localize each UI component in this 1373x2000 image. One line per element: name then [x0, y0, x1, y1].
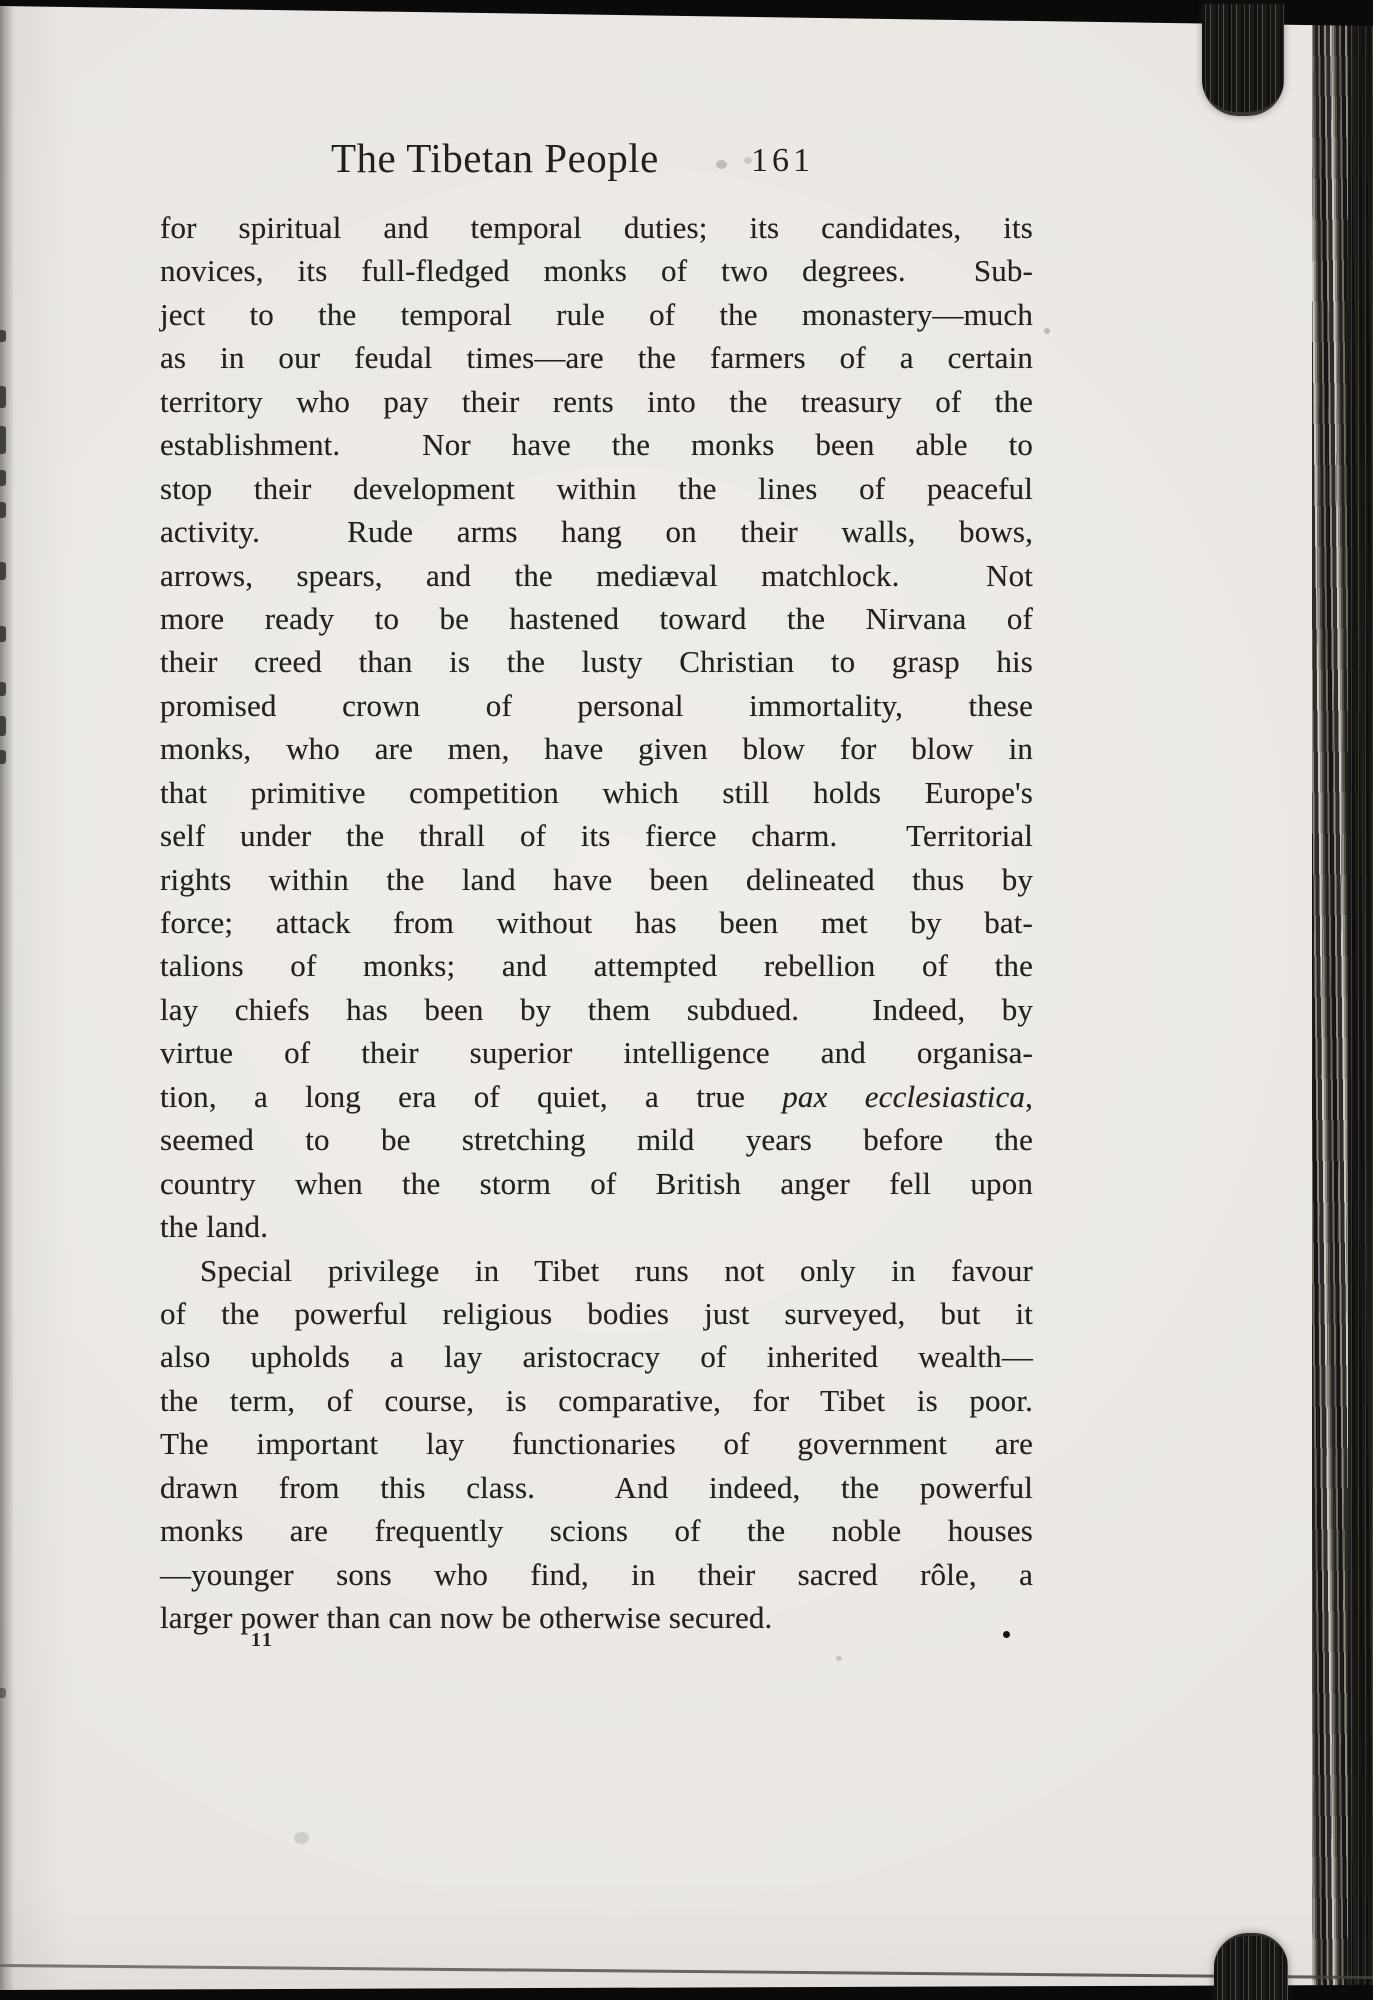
text-line: country when the storm of British anger … — [160, 1162, 1033, 1205]
text-line: rights within the land have been delinea… — [160, 858, 1033, 901]
text-line: drawn from this class. And indeed, the p… — [160, 1466, 1033, 1509]
text-line: of the powerful religious bodies just su… — [160, 1292, 1033, 1335]
smudge — [294, 1832, 309, 1844]
text-line: monks, who are men, have given blow for … — [160, 727, 1033, 770]
text-line: establishment. Nor have the monks been a… — [160, 423, 1033, 466]
text-line: arrows, spears, and the mediæval matchlo… — [160, 554, 1033, 597]
text-line: virtue of their superior intelligence an… — [160, 1031, 1033, 1074]
text-line: The important lay functionaries of gover… — [160, 1422, 1033, 1465]
text-line: talions of monks; and attempted rebellio… — [160, 944, 1033, 987]
gutter-bleed-mark — [0, 716, 6, 736]
text-line: activity. Rude arms hang on their walls,… — [160, 510, 1033, 553]
text-line: force; attack from without has been met … — [160, 901, 1033, 944]
gutter-bleed-mark — [0, 330, 6, 342]
gutter-bleed-mark — [0, 426, 6, 454]
smudge — [716, 160, 727, 169]
text-line: seemed to be stretching mild years befor… — [160, 1118, 1033, 1161]
gutter-bleed-mark — [0, 470, 6, 486]
text-line: territory who pay their rents into the t… — [160, 380, 1033, 423]
scan-bottom-line — [0, 1964, 1373, 1979]
text-line: self under the thrall of its fierce char… — [160, 814, 1033, 857]
text-line: the land. — [160, 1205, 1033, 1248]
ink-speck — [1003, 1631, 1010, 1638]
scan-bottom-border — [0, 1984, 1373, 2000]
gutter-bleed-mark — [0, 682, 6, 696]
text-line: lay chiefs has been by them subdued. Ind… — [160, 988, 1033, 1031]
gutter-shadow — [0, 0, 14, 2000]
smudge — [744, 157, 752, 164]
text-line: promised crown of personal immortality, … — [160, 684, 1033, 727]
text-line: Special privilege in Tibet runs not only… — [160, 1249, 1033, 1292]
text-line: monks are frequently scions of the noble… — [160, 1509, 1033, 1552]
signature-mark: 11 — [251, 1629, 274, 1652]
text-line: the term, of course, is comparative, for… — [160, 1379, 1033, 1422]
gutter-bleed-mark — [0, 1688, 6, 1698]
book-page-scan: The Tibetan People 161 for spiritual and… — [0, 0, 1373, 2000]
text-line: —younger sons who find, in their sacred … — [160, 1553, 1033, 1596]
gutter-bleed-mark — [0, 502, 6, 518]
text-line: stop their development within the lines … — [160, 467, 1033, 510]
body-text: for spiritual and temporal duties; its c… — [160, 206, 1033, 1639]
text-line: novices, its full-fledged monks of two d… — [160, 249, 1033, 292]
scan-top-border — [0, 0, 1373, 30]
text-line: larger power than can now be otherwise s… — [160, 1596, 1033, 1639]
text-line: also upholds a lay aristocracy of inheri… — [160, 1335, 1033, 1378]
binding-clamp-top — [1202, 4, 1284, 116]
text-line: their creed than is the lusty Christian … — [160, 640, 1033, 683]
text-line: tion, a long era of quiet, a true pax ec… — [160, 1075, 1033, 1118]
gutter-bleed-mark — [0, 626, 6, 642]
page-edges-dark-texture — [1348, 0, 1373, 2000]
smudge — [836, 1656, 842, 1661]
text-line: as in our feudal times—are the farmers o… — [160, 336, 1033, 379]
text-line: more ready to be hastened toward the Nir… — [160, 597, 1033, 640]
text-line: for spiritual and temporal duties; its c… — [160, 206, 1033, 249]
gutter-bleed-mark — [0, 386, 6, 408]
running-header-title: The Tibetan People — [331, 134, 659, 182]
gutter-bleed-mark — [0, 562, 6, 580]
gutter-bleed-mark — [0, 750, 6, 764]
binding-clamp-bottom — [1214, 1933, 1288, 2000]
smudge — [1044, 328, 1050, 334]
text-line: that primitive competition which still h… — [160, 771, 1033, 814]
page-number: 161 — [751, 142, 814, 180]
text-line: ject to the temporal rule of the monaste… — [160, 293, 1033, 336]
